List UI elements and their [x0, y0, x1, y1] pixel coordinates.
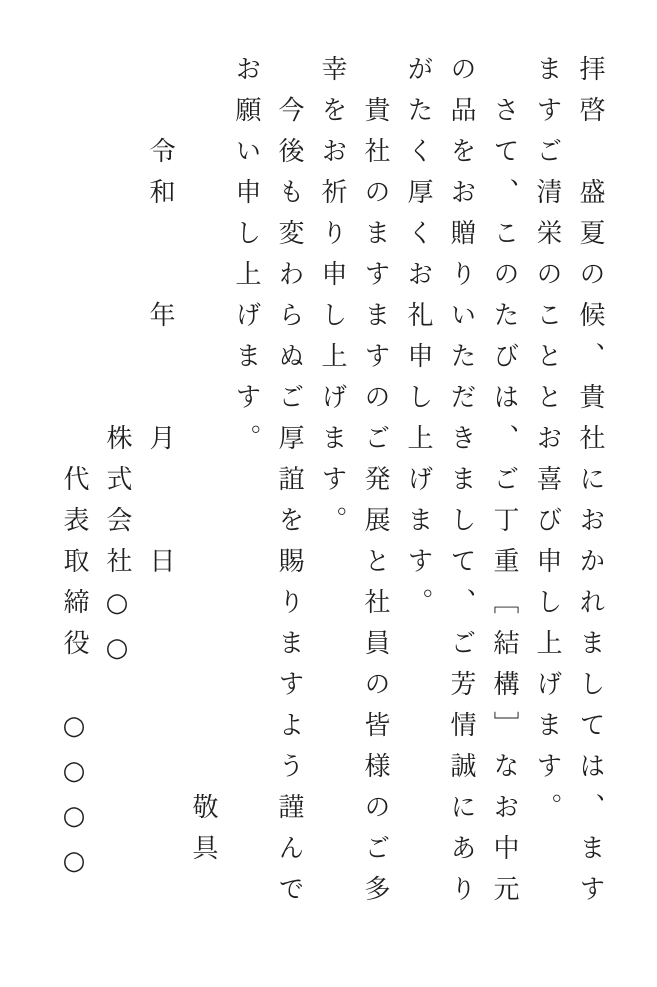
company-name: 株式会社○○	[95, 55, 138, 935]
body-paragraph-gift-thanks: さて、このたびは、ご丁重［結構］なお中元の品をお贈りいただきまして、ご芳情誠にあ…	[396, 55, 525, 935]
date-line: 令和 年 月 日	[138, 55, 181, 935]
body-paragraph-well-wishes: 貴社のますますのご発展と社員の皆様のご多幸をお祈り申し上げます。	[310, 55, 396, 935]
letter-page: 拝啓 盛夏の候、貴社におかれましては、ますますご清栄のこととお喜び申し上げます。…	[0, 0, 657, 987]
signer-name: 代表取締役 ○○○○	[52, 55, 95, 935]
body-paragraph-request: 今後も変わらぬご厚誼を賜りますよう謹んでお願い申し上げます。	[224, 55, 310, 935]
closing-word: 敬具	[181, 55, 224, 935]
opening-paragraph: 拝啓 盛夏の候、貴社におかれましては、ますますご清栄のこととお喜び申し上げます。	[525, 55, 611, 935]
